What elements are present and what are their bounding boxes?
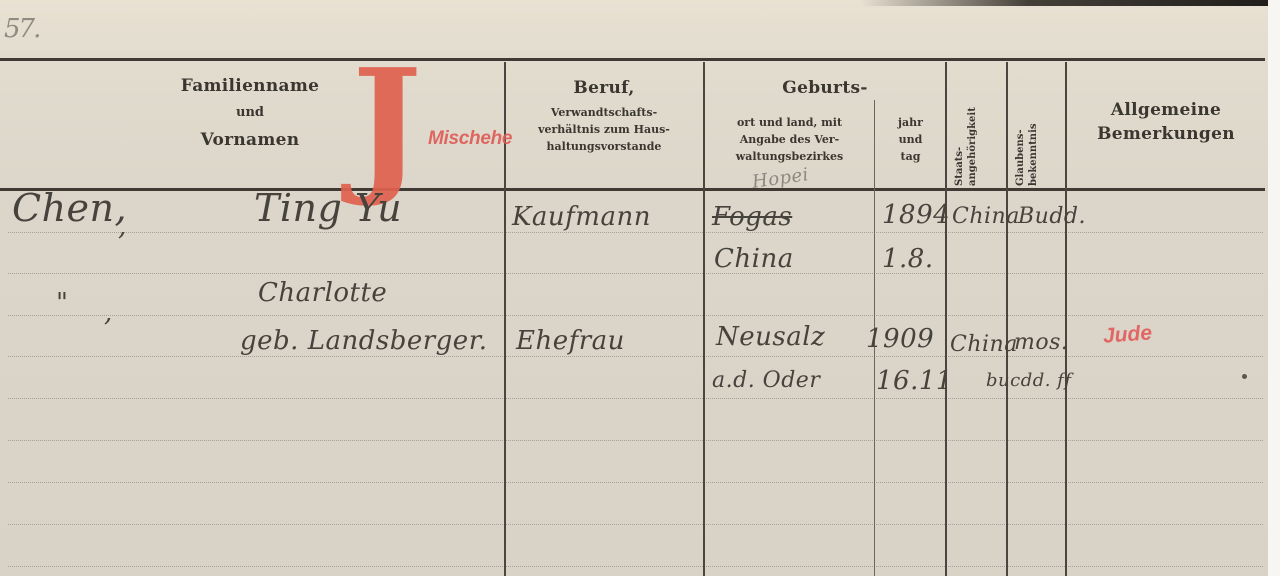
entry1-birth-place: China [714,244,794,274]
entry1-religion: Budd. [1018,204,1086,229]
page-edge-shadow [860,0,1268,6]
header-birth-place-line3: waltungsbezirkes [705,148,874,165]
ruled-line [8,356,1263,357]
header-allgemeine: Allgemeine [1067,98,1265,122]
entry2-surname-ditto: " [56,288,68,318]
entry2-religion-line2: bucdd. ff [986,370,1072,391]
column-divider [945,62,947,576]
ruled-line [8,524,1263,525]
mischehe-stamp: Mischehe [428,128,512,150]
registration-card: 57. Familienname und Vornamen J Mischehe… [0,0,1268,576]
ink-dot [1242,374,1247,379]
entry2-birth-place-line2: a.d. Oder [712,368,820,393]
ruled-line [8,315,1263,316]
entry2-given-names-line2: geb. Landsberger. [240,326,488,356]
header-beruf: Beruf, [506,76,702,100]
header-staats: Staats- [954,147,965,186]
header-bekenntnis: bekenntnis [1028,123,1039,186]
entry2-citizenship: China [950,332,1018,357]
entry1-given-names: Ting Yu [254,186,402,230]
header-bottom-rule [0,188,1265,191]
jude-stamp: Jude [1102,321,1153,348]
entry2-birth-year: 1909 [866,324,934,354]
ruled-line [8,232,1263,233]
header-geburts: Geburts- [705,76,945,100]
image-margin [1268,0,1280,576]
header-und-2: und [876,131,945,148]
entry2-birth-day: 16.11 [876,366,953,396]
header-und: und [150,98,350,128]
header-bemerkungen: Bemerkungen [1067,122,1265,146]
header-birth-title: Geburts- [705,76,945,100]
header-occupation-column: Beruf, Verwandtschafts- verhältnis zum H… [506,76,702,155]
header-name-column: Familienname und Vornamen [150,74,350,152]
entry1-birth-place-struck: Fogas [712,202,792,232]
j-stamp: J [352,58,422,188]
entry2-occupation: Ehefrau [516,326,625,356]
header-birth-place-line2: Angabe des Ver- [705,131,874,148]
page-number: 57. [4,14,39,44]
header-glaubens: Glaubens- [1015,130,1026,187]
header-angehoerigkeit: angehörigkeit [967,107,978,186]
header-occupation-line1: Verwandtschafts- [506,104,702,121]
column-divider [1006,62,1008,576]
header-birth-place: ort und land, mit Angabe des Ver- waltun… [705,114,874,165]
header-occupation-line2: verhältnis zum Haus- [506,121,702,138]
header-occupation-line3: haltungsvorstande [506,138,702,155]
entry2-surname-mark: , [104,298,113,328]
ruled-line [8,482,1263,483]
ruled-line [8,566,1263,567]
header-jahr: jahr [876,114,945,131]
header-citizenship: Staats- angehörigkeit [953,68,979,186]
header-birth-place-line1: ort und land, mit [705,114,874,131]
header-familienname: Familienname [150,74,350,98]
entry1-birth-year: 1894 [882,200,950,230]
ruled-line [8,440,1263,441]
entry2-given-names-line1: Charlotte [258,278,387,308]
ruled-line [8,398,1263,399]
header-remarks-column: Allgemeine Bemerkungen [1067,98,1265,146]
header-religion: Glaubens- bekenntnis [1014,68,1040,186]
entry1-occupation: Kaufmann [512,202,651,232]
entry1-surname-mark: , [118,212,127,242]
header-top-rule [0,58,1265,61]
entry1-citizenship: China [952,204,1020,229]
entry1-surname: Chen, [12,186,127,230]
ruled-line [8,273,1263,274]
header-birth-date: jahr und tag [876,114,945,165]
header-vornamen: Vornamen [150,128,350,152]
entry2-religion-line1: mos. [1014,330,1068,355]
entry2-birth-place-line1: Neusalz [716,322,825,352]
entry1-birth-day: 1.8. [882,244,934,274]
header-tag: tag [876,148,945,165]
